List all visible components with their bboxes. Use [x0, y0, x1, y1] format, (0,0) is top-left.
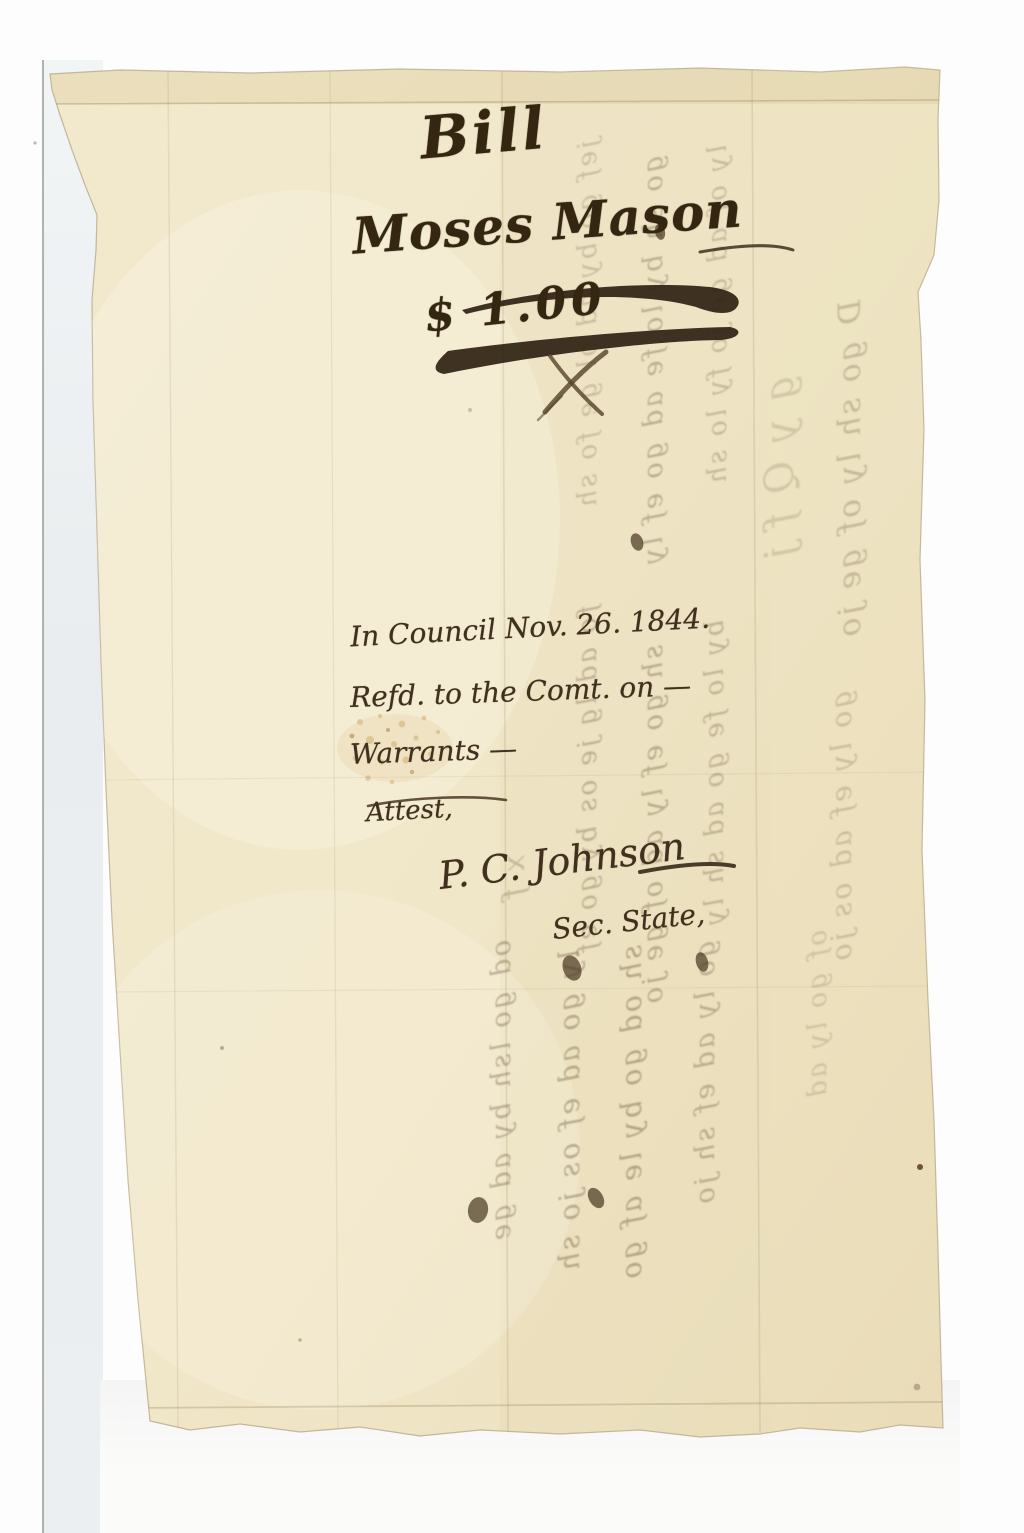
- document-title: Bill: [418, 99, 550, 168]
- payee-name: Moses Mason: [351, 184, 744, 261]
- council-date-line: In Council Nov. 26. 1844.: [350, 605, 711, 652]
- secretary-signature: P. C. Johnson: [437, 827, 688, 895]
- attest-label: Attest,: [365, 796, 453, 827]
- signature-title: Sec. State,: [551, 900, 706, 944]
- scanned-document-page: { "document": { "kind": "handwritten bil…: [0, 0, 1024, 1533]
- handwriting-layer: Bill Moses Mason $ 1.00 In Council Nov. …: [0, 0, 1024, 1533]
- amount-value: $ 1.00: [422, 277, 609, 340]
- warrants-line: Warrants —: [350, 735, 518, 769]
- referral-line: Refd. to the Comt. on —: [350, 672, 692, 712]
